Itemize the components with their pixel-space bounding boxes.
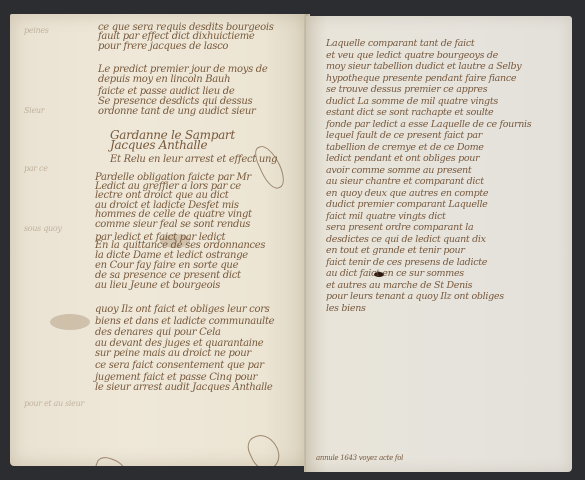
manuscript-line: en tout et grande et tenir pour bbox=[326, 245, 465, 256]
manuscript-line: et veu que ledict quatre bourgeoys de bbox=[326, 50, 498, 61]
manuscript-line: desdictes ce qui de ledict quant dix bbox=[326, 234, 486, 245]
manuscript-line: moy sieur tabellion dudict et lautre a S… bbox=[326, 61, 521, 72]
manuscript-line: sur peine mais au droict ne pour bbox=[95, 348, 251, 359]
margin-note: Sieur bbox=[24, 106, 44, 115]
margin-note: sous quoy bbox=[24, 224, 62, 233]
margin-note: peines bbox=[24, 26, 49, 35]
footer-note: annule 1643 voyez acte fol bbox=[316, 454, 403, 462]
manuscript-line: en quoy deux que autres en compte bbox=[326, 188, 488, 199]
manuscript-line: dudict La somme de mil quatre vingts bbox=[326, 96, 498, 107]
manuscript-line: hypotheque presente pendant faire fiance bbox=[326, 73, 516, 84]
manuscript-line: Laquelle comparant tant de faict bbox=[326, 38, 474, 49]
manuscript-line: les biens bbox=[326, 303, 366, 314]
manuscript-line: biens et dans et ladicte communaulte bbox=[95, 316, 274, 327]
manuscript-line: au lieu Jeune et bourgeois bbox=[95, 280, 220, 291]
signature-flourish bbox=[244, 430, 285, 466]
manuscript-line: tabellion de cremye et de ce Dome bbox=[326, 142, 484, 153]
margin-note: par ce bbox=[24, 164, 48, 173]
manuscript-line: faict tenir de ces presens de ladicte bbox=[326, 257, 487, 268]
margin-note: pour et au sieur bbox=[24, 399, 84, 408]
manuscript-line: dudict premier comparant Laquelle bbox=[326, 199, 488, 210]
manuscript-line: estant dict se sont rachapte et soulte bbox=[326, 107, 493, 118]
manuscript-line: au sieur chantre et comparant dict bbox=[326, 176, 484, 187]
ink-stain bbox=[50, 314, 90, 330]
manuscript-line: lequel fault de ce present faict par bbox=[326, 130, 482, 141]
manuscript-line: ledict pendant et ont obliges pour bbox=[326, 153, 479, 164]
manuscript-line: comme sieur feal se sont rendus bbox=[95, 219, 250, 230]
manuscript-line: le sieur arrest audit Jacques Anthalle bbox=[95, 382, 273, 393]
manuscript-line: pour leurs tenant a quoy Ilz ont obliges bbox=[326, 291, 504, 302]
manuscript-line: au dict faict en ce sur sommes bbox=[326, 268, 464, 279]
manuscript-line: se trouve dessus premier ce appres bbox=[326, 84, 487, 95]
manuscript-line: depuis moy en lincoln Bauh bbox=[98, 74, 230, 85]
manuscript-line: sera present ordre comparant la bbox=[326, 222, 473, 233]
manuscript-line: et autres au marche de St Denis bbox=[326, 280, 472, 291]
manuscript-line: avoir comme somme au present bbox=[326, 165, 471, 176]
manuscript-line: faict mil quatre vingts dict bbox=[326, 211, 446, 222]
manuscript-line: ce sera faict consentement que par bbox=[95, 360, 264, 371]
manuscript-line: des denares qui pour Cela bbox=[95, 327, 221, 338]
manuscript-line: ordonne tant de ung audict sieur bbox=[98, 106, 255, 117]
manuscript-line: fonde par ledict a esse Laquelle de ce f… bbox=[326, 119, 531, 130]
manuscript-line: quoy Ilz ont faict et obliges leur cors bbox=[95, 304, 270, 315]
manuscript-line: Et Relu en leur arrest et effect ung bbox=[110, 154, 277, 165]
signature-flourish bbox=[251, 142, 289, 192]
right-manuscript-page: Laquelle comparant tant de faictet veu q… bbox=[306, 16, 572, 472]
signature-flourish bbox=[92, 454, 130, 466]
manuscript-line: pour frere jacques de lasco bbox=[98, 41, 228, 52]
left-manuscript-page: ce que sera requis desdits bourgeoisfaul… bbox=[10, 14, 308, 466]
